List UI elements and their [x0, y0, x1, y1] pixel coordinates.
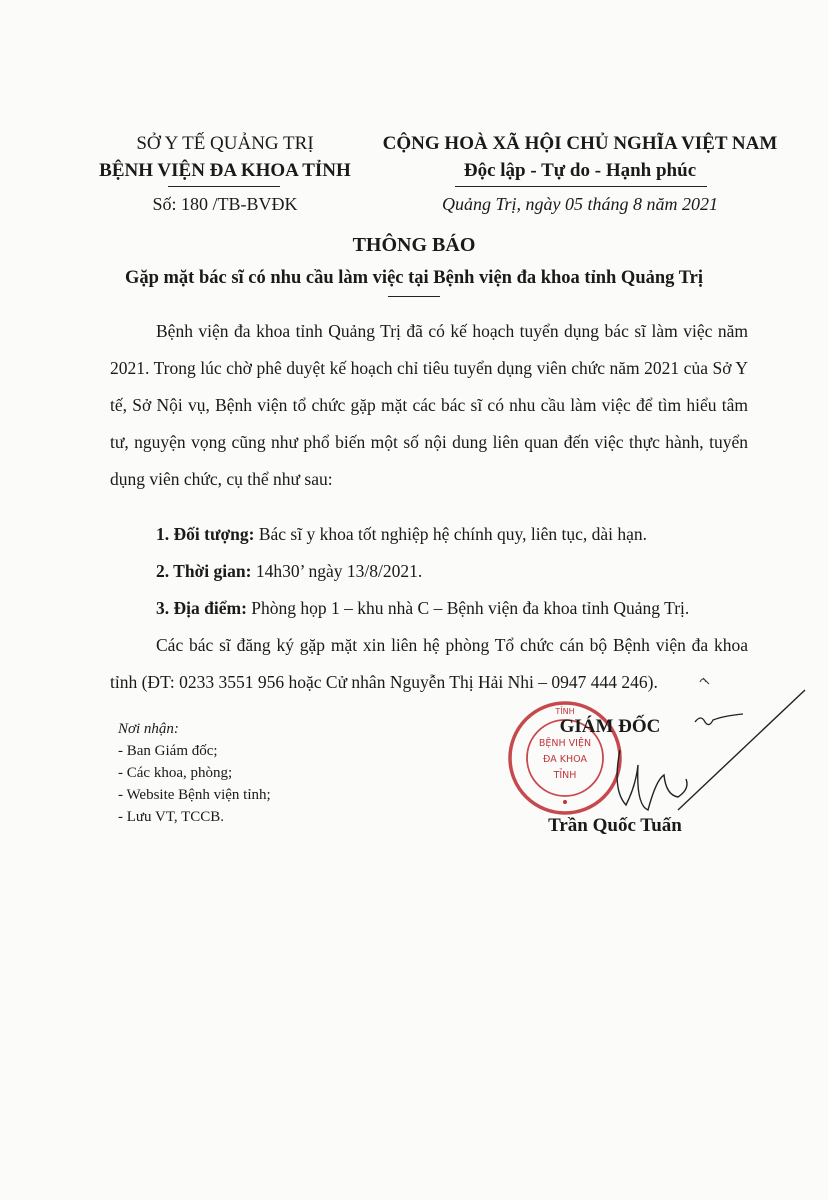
motto: Độc lập - Tự do - Hạnh phúc	[360, 157, 800, 184]
header-left: SỞ Y TẾ QUẢNG TRỊ BỆNH VIỆN ĐA KHOA TỈNH	[80, 130, 370, 184]
item-label: 1. Đối tượng:	[156, 524, 254, 544]
recipient-item: - Ban Giám đốc;	[118, 740, 271, 762]
recipient-item: - Lưu VT, TCCB.	[118, 806, 271, 828]
recipients: Nơi nhận: - Ban Giám đốc; - Các khoa, ph…	[118, 718, 271, 828]
recipient-item: - Các khoa, phòng;	[118, 762, 271, 784]
item-location: 3. Địa điểm: Phòng họp 1 – khu nhà C – B…	[110, 590, 748, 627]
intro-paragraph: Bệnh viện đa khoa tỉnh Quảng Trị đã có k…	[110, 313, 748, 498]
divider	[388, 296, 440, 297]
item-label: 3. Địa điểm:	[156, 598, 247, 618]
divider	[168, 186, 280, 187]
hospital-name: BỆNH VIỆN ĐA KHOA TỈNH	[80, 157, 370, 184]
item-time: 2. Thời gian: 14h30’ ngày 13/8/2021.	[110, 553, 748, 590]
agency-name: SỞ Y TẾ QUẢNG TRỊ	[80, 130, 370, 157]
document-number: Số: 180 /TB-BVĐK	[80, 194, 370, 215]
document-subtitle: Gặp mặt bác sĩ có nhu cầu làm việc tại B…	[60, 268, 768, 289]
divider	[455, 186, 707, 187]
signer-name: Trần Quốc Tuấn	[500, 815, 730, 837]
header-right: CỘNG HOÀ XÃ HỘI CHỦ NGHĨA VIỆT NAM Độc l…	[360, 130, 800, 184]
item-target: 1. Đối tượng: Bác sĩ y khoa tốt nghiệp h…	[110, 516, 748, 553]
country-name: CỘNG HOÀ XÃ HỘI CHỦ NGHĨA VIỆT NAM	[360, 130, 800, 157]
recipients-heading: Nơi nhận:	[118, 718, 271, 740]
item-label: 2. Thời gian:	[156, 561, 251, 581]
item-text: 14h30’ ngày 13/8/2021.	[251, 561, 422, 581]
recipient-item: - Website Bệnh viện tỉnh;	[118, 784, 271, 806]
document-title: THÔNG BÁO	[0, 234, 828, 257]
item-text: Phòng họp 1 – khu nhà C – Bệnh viện đa k…	[247, 598, 689, 618]
issue-date: Quảng Trị, ngày 05 tháng 8 năm 2021	[370, 194, 790, 215]
item-text: Bác sĩ y khoa tốt nghiệp hệ chính quy, l…	[254, 524, 647, 544]
